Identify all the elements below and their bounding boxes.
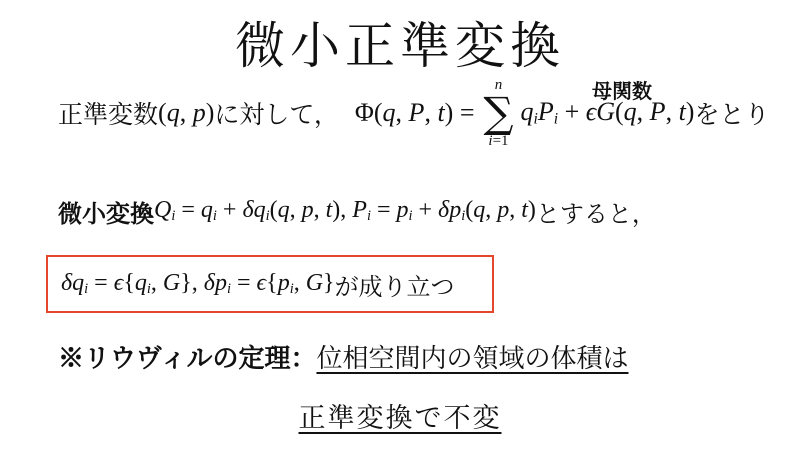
line1-mid-text: に対して， (214, 95, 339, 131)
summation-symbol: n ∑ i=1 (484, 77, 514, 150)
line1-end-text: をとり (694, 95, 769, 131)
infinitesimal-transformation-line: 微小変換 Qi = qi + δqi(q, p, t), Pi = pi + δ… (58, 192, 656, 230)
liouville-underlined-text: 位相空間内の領域の体積は (316, 338, 628, 375)
generating-function-line: 正準変数 (q, p) に対して， Φ(q, P, t) = n ∑ i=1 q… (58, 70, 769, 156)
liouville-lead-text: ※リウヴィルの定理： (58, 338, 316, 375)
line2-lead-text: 微小変換 (58, 194, 154, 229)
invariance-line: 正準変換で不変 (0, 396, 800, 435)
slide-title: 微小正準変換 (0, 6, 800, 78)
summation-lower-limit: i=1 (488, 133, 508, 150)
liouville-theorem-line: ※リウヴィルの定理： 位相空間内の領域の体積は (58, 336, 628, 376)
math-canonical-variables: (q, p) (158, 98, 214, 128)
sigma-icon: ∑ (484, 93, 514, 133)
math-poisson-bracket-result: δqi = ϵ{qi, G}, δpi = ϵ{pi, G} (61, 270, 335, 298)
math-phi-function: Φ(q, P, t) = (355, 98, 475, 128)
box-end-text: が成り立つ (335, 267, 455, 302)
line2-end-text: とすると， (536, 194, 656, 229)
result-box: δqi = ϵ{qi, G}, δpi = ϵ{pi, G} が成り立つ (46, 255, 494, 313)
invariance-text: 正準変換で不変 (299, 396, 502, 435)
lecture-slide: 微小正準変換 正準変数 (q, p) に対して， Φ(q, P, t) = n … (0, 0, 800, 449)
line1-intro-text: 正準変数 (58, 95, 158, 131)
generating-function-label: 母関数 (592, 75, 652, 104)
math-transformation-definition: Qi = qi + δqi(q, p, t), Pi = pi + δpi(q,… (154, 197, 536, 225)
